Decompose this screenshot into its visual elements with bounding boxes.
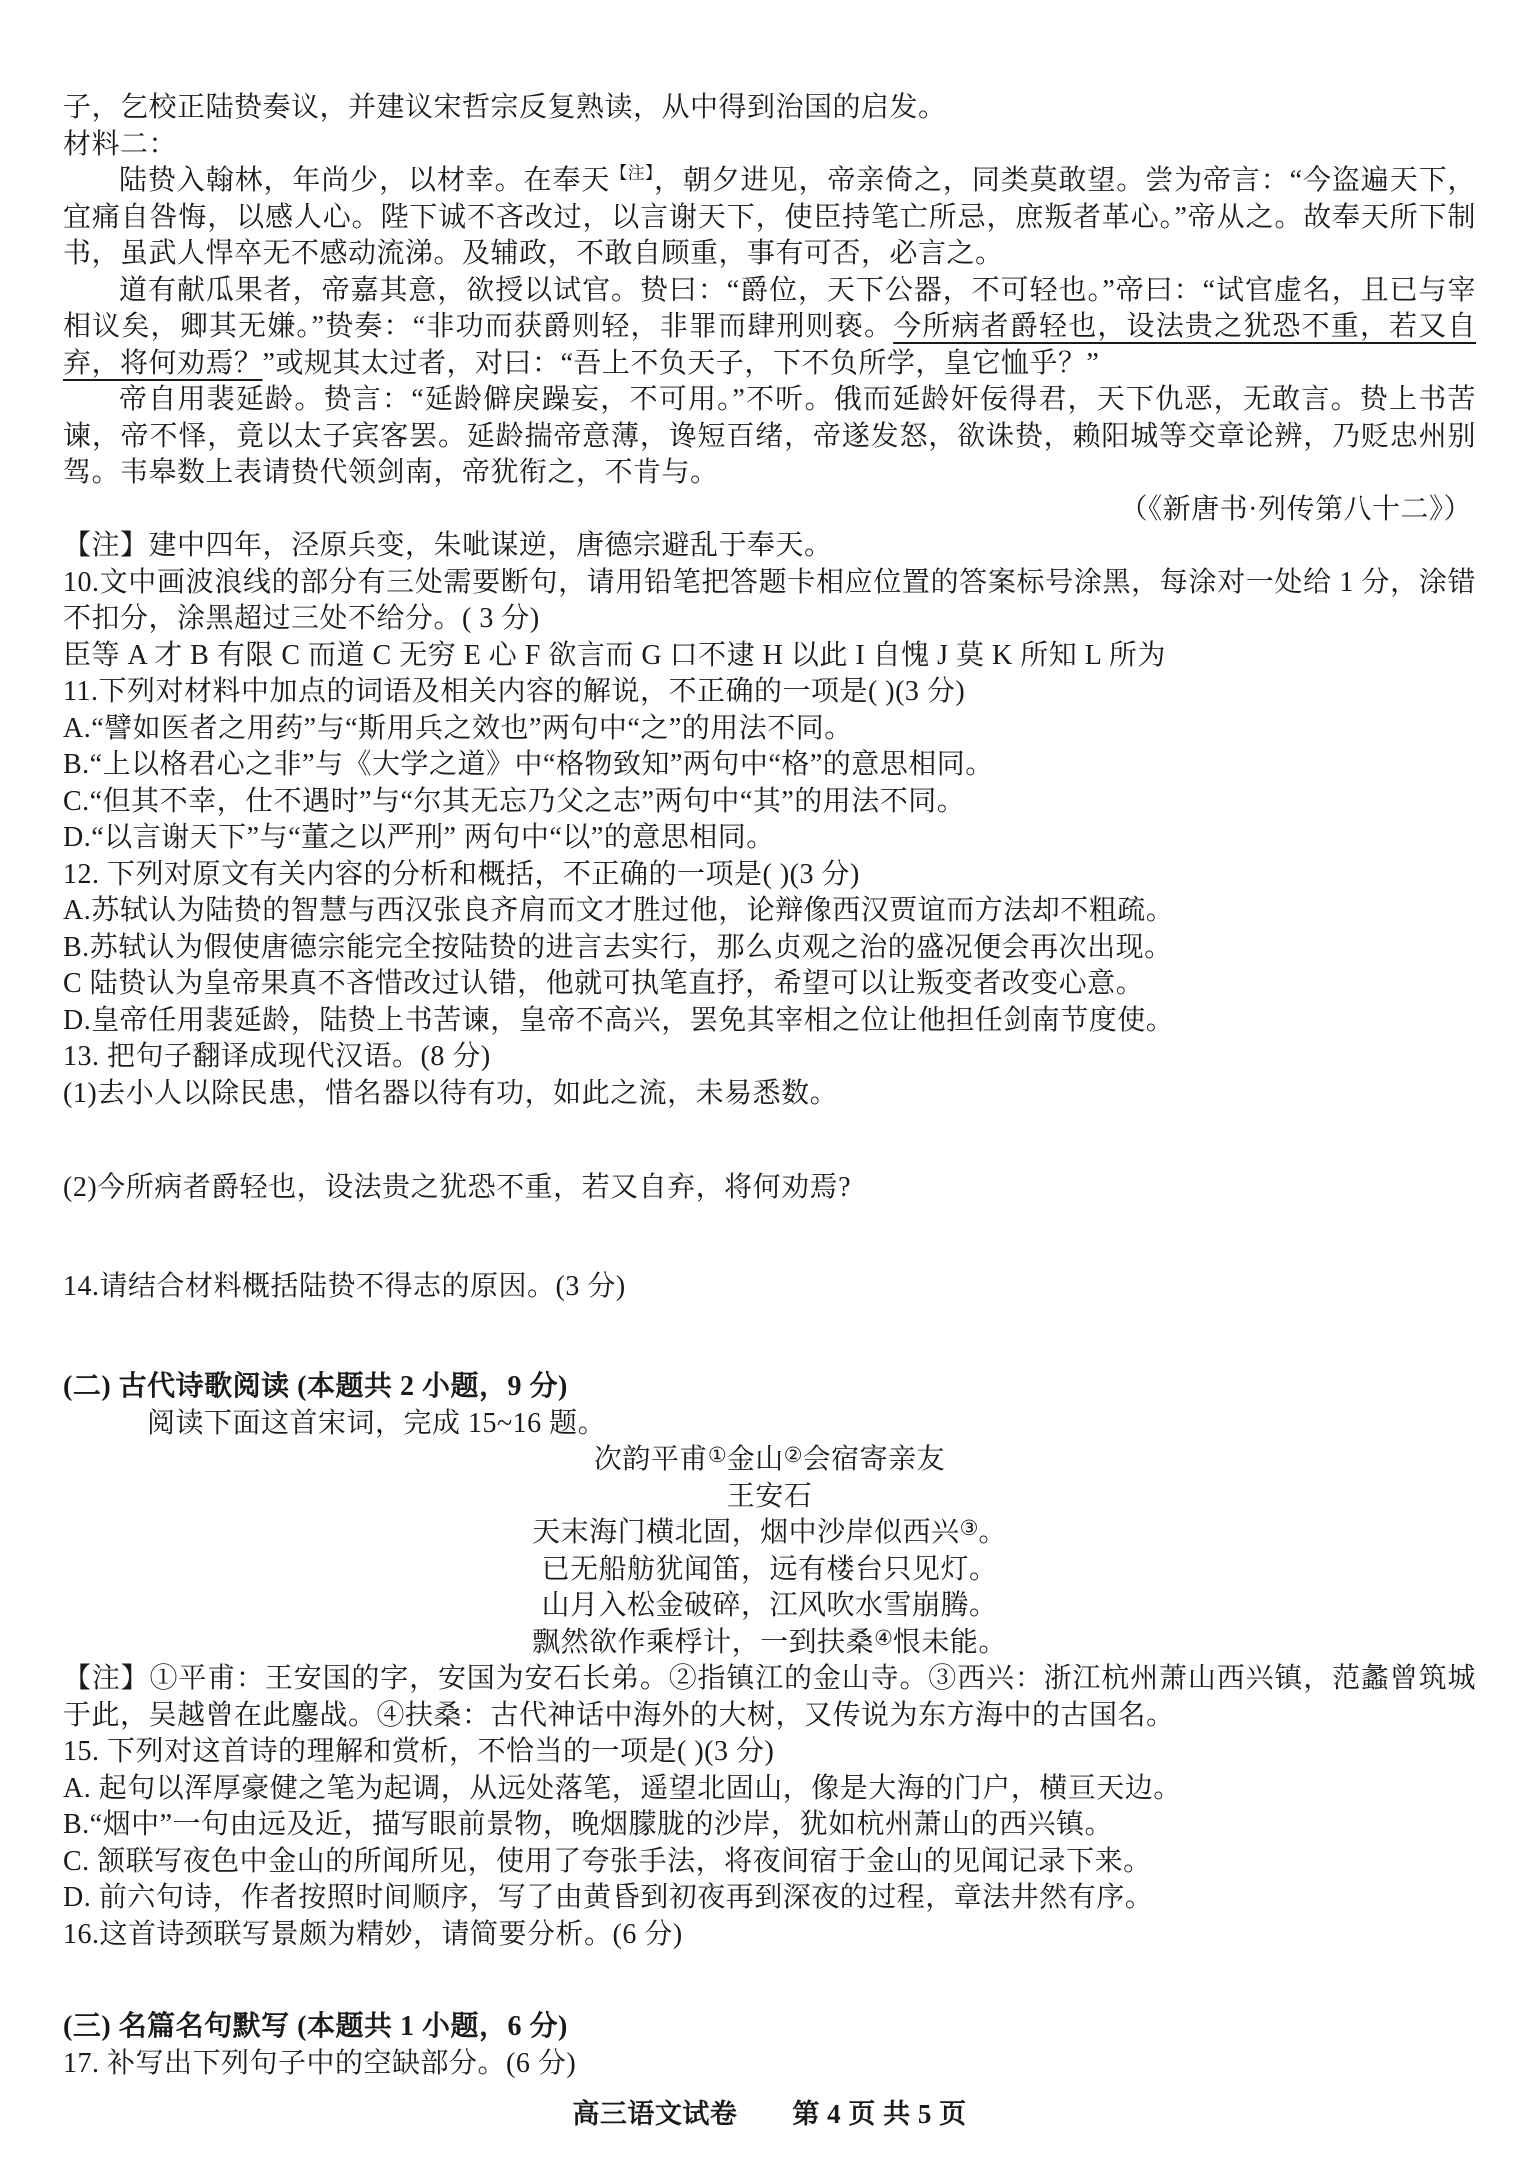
question-15: 15. 下列对这首诗的理解和赏析，不恰当的一项是( )(3 分) bbox=[63, 1734, 1476, 1771]
poem-title-post: 会宿寄亲友 bbox=[803, 1444, 946, 1475]
question-11-option-b: B.“上以格君心之非”与《大学之道》中“格物致知”两句中“格”的意思相同。 bbox=[63, 747, 1476, 784]
paragraph-1-text-pre: 陆贽入翰林，年尚少，以材幸。在奉天 bbox=[119, 165, 610, 196]
poem-title-mid: 金山 bbox=[727, 1444, 784, 1475]
question-11: 11.下列对材料中加点的词语及相关内容的解说，不正确的一项是( )(3 分) bbox=[63, 674, 1476, 711]
poem-line-2: 已无船舫犹闻笛，远有楼台只见灯。 bbox=[63, 1552, 1476, 1589]
question-13: 13. 把句子翻译成现代汉语。(8 分) bbox=[63, 1039, 1476, 1076]
poem-annotation-1-marker: ① bbox=[708, 1443, 727, 1467]
poem-line-1-end: 。 bbox=[978, 1517, 1007, 1548]
question-12: 12. 下列对原文有关内容的分析和概括，不正确的一项是( )(3 分) bbox=[63, 857, 1476, 894]
poem-note: 【注】①平甫：王安国的字，安国为安石长弟。②指镇江的金山寺。③西兴：浙江杭州萧山… bbox=[63, 1661, 1476, 1734]
question-12-option-d: D.皇帝任用裴延龄，陆贽上书苦谏，皇帝不高兴，罢免其宰相之位让他担任剑南节度使。 bbox=[63, 1003, 1476, 1040]
question-11-option-a: A.“譬如医者之用药”与“斯用兵之效也”两句中“之”的用法不同。 bbox=[63, 711, 1476, 748]
poem-line-1-text: 天末海门横北固，烟中沙岸似西兴 bbox=[532, 1517, 960, 1548]
question-12-option-c: C 陆贽认为皇帝果真不吝惜改过认错，他就可执笔直抒，希望可以让叛变者改变心意。 bbox=[63, 966, 1476, 1003]
question-15-option-c: C. 颔联写夜色中金山的所闻所见，使用了夸张手法，将夜间宿于金山的见闻记录下来。 bbox=[63, 1844, 1476, 1881]
passage-note: 【注】建中四年，泾原兵变，朱呲谋逆，唐德宗避乱于奉天。 bbox=[63, 528, 1476, 565]
question-10: 10.文中画波浪线的部分有三处需要断句，请用铅笔把答题卡相应位置的答案标号涂黑，… bbox=[63, 565, 1476, 638]
poem-reading-intro: 阅读下面这首宋词，完成 15~16 题。 bbox=[63, 1406, 1476, 1443]
poem-author: 王安石 bbox=[63, 1479, 1476, 1516]
continuation-line: 子，乞校正陆贽奏议，并建议宋哲宗反复熟读，从中得到治国的启发。 bbox=[63, 90, 1476, 127]
question-12-option-b: B.苏轼认为假使唐德宗能完全按陆贽的进言去实行，那么贞观之治的盛况便会再次出现。 bbox=[63, 930, 1476, 967]
section-3-heading: (三) 名篇名句默写 (本题共 1 小题，6 分) bbox=[63, 2009, 1476, 2046]
material-2-paragraph-2: 道有献瓜果者，帝嘉其意，欲授以试官。贽曰：“爵位，天下公器，不可轻也。”帝曰：“… bbox=[63, 273, 1476, 383]
poem-title: 次韵平甫①金山②会宿寄亲友 bbox=[63, 1442, 1476, 1479]
inline-note-marker: 【注】 bbox=[610, 164, 654, 183]
question-15-option-b: B.“烟中”一句由远及近，描写眼前景物，晚烟朦胧的沙岸，犹如杭州萧山的西兴镇。 bbox=[63, 1807, 1476, 1844]
question-17: 17. 补写出下列句子中的空缺部分。(6 分) bbox=[63, 2046, 1476, 2083]
poem-title-pre: 次韵平甫 bbox=[594, 1444, 708, 1475]
source-citation: （《新唐书·列传第八十二》） bbox=[63, 492, 1476, 529]
poem-line-4-text: 飘然欲作乘桴计，一到扶桑 bbox=[532, 1627, 874, 1658]
material-2-label: 材料二： bbox=[63, 127, 1476, 164]
exam-page: 子，乞校正陆贽奏议，并建议宋哲宗反复熟读，从中得到治国的启发。 材料二： 陆贽入… bbox=[0, 0, 1536, 2173]
poem-line-4: 飘然欲作乘桴计，一到扶桑④恨未能。 bbox=[63, 1625, 1476, 1662]
paragraph-2-text-post: ”或规其太过者，对曰：“吾上不负天子，下不负所学，皇它恤乎？” bbox=[263, 348, 1100, 379]
question-15-option-d: D. 前六句诗，作者按照时间顺序，写了由黄昏到初夜再到深夜的过程，章法井然有序。 bbox=[63, 1880, 1476, 1917]
question-11-option-d: D.“以言谢天下”与“董之以严刑” 两句中“以”的意思相同。 bbox=[63, 820, 1476, 857]
material-2-paragraph-3: 帝自用裴延龄。贽言：“延龄僻戾躁妄，不可用。”不听。俄而延龄奸佞得君，天下仇恶，… bbox=[63, 382, 1476, 492]
question-12-option-a: A.苏轼认为陆贽的智慧与西汉张良齐肩而文才胜过他，论辩像西汉贾谊而方法却不粗疏。 bbox=[63, 893, 1476, 930]
poem-line-4-end: 恨未能。 bbox=[893, 1627, 1007, 1658]
poem-annotation-4-marker: ④ bbox=[874, 1626, 893, 1650]
question-13-translation-2: (2)今所病者爵轻也，设法贵之犹恐不重，若又自弃，将何劝焉? bbox=[63, 1170, 1476, 1207]
section-2-heading: (二) 古代诗歌阅读 (本题共 2 小题，9 分) bbox=[63, 1369, 1476, 1406]
question-16: 16.这首诗颈联写景颇为精妙，请简要分析。(6 分) bbox=[63, 1917, 1476, 1954]
poem-line-3: 山月入松金破碎，江风吹水雪崩腾。 bbox=[63, 1588, 1476, 1625]
page-footer: 高三语文试卷 第 4 页 共 5 页 bbox=[63, 2096, 1476, 2133]
poem-line-1: 天末海门横北固，烟中沙岸似西兴③。 bbox=[63, 1515, 1476, 1552]
question-10-sentence: 臣等 A 才 B 有限 C 而道 C 无穷 E 心 F 欲言而 G 口不逮 H … bbox=[63, 638, 1476, 675]
question-14: 14.请结合材料概括陆贽不得志的原因。(3 分) bbox=[63, 1269, 1476, 1306]
poem-annotation-3-marker: ③ bbox=[960, 1516, 979, 1540]
poem-annotation-2-marker: ② bbox=[784, 1443, 803, 1467]
question-15-option-a: A. 起句以浑厚豪健之笔为起调，从远处落笔，遥望北固山，像是大海的门户，横亘天边… bbox=[63, 1771, 1476, 1808]
question-11-option-c: C.“但其不幸，仕不遇时”与“尔其无忘乃父之志”两句中“其”的用法不同。 bbox=[63, 784, 1476, 821]
question-13-translation-1: (1)去小人以除民患，惜名器以待有功，如此之流，未易悉数。 bbox=[63, 1076, 1476, 1113]
material-2-paragraph-1: 陆贽入翰林，年尚少，以材幸。在奉天【注】，朝夕进见，帝亲倚之，同类莫敢望。尝为帝… bbox=[63, 163, 1476, 273]
